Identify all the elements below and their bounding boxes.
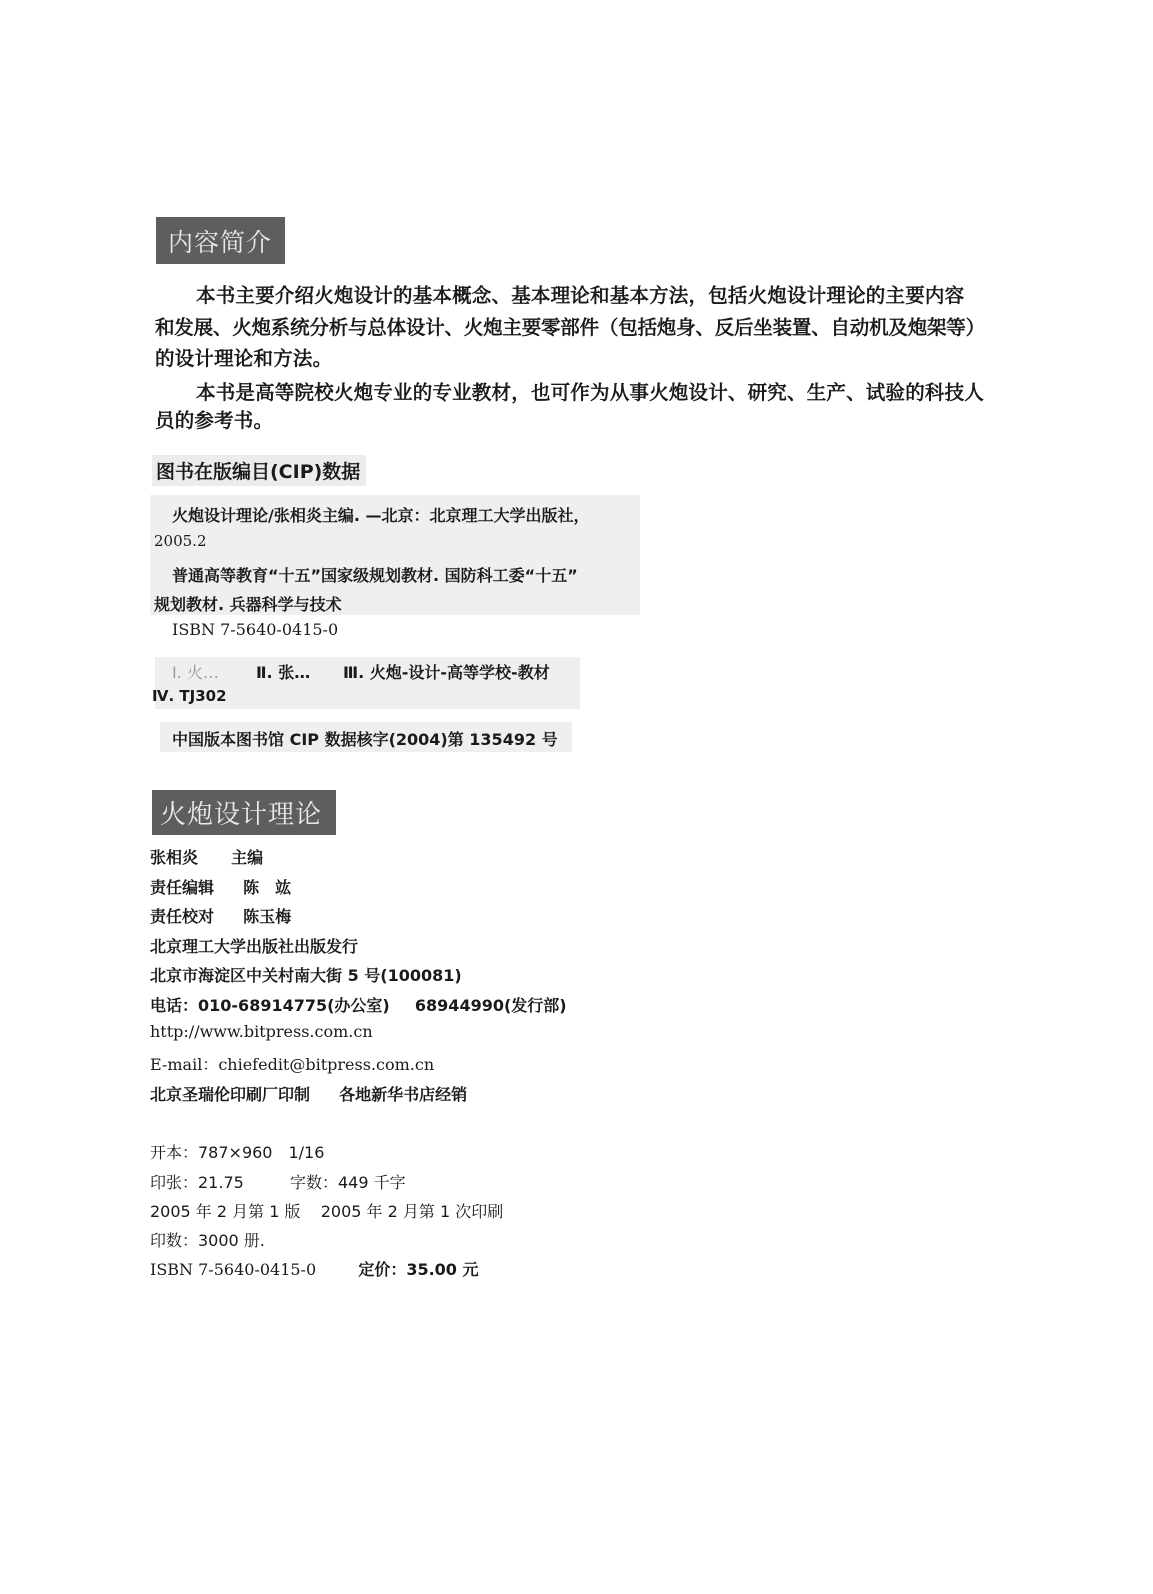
cip-classification-3: Ⅲ. 火炮-设计-高等学校-教材 [343,660,550,683]
phone-label: 电话： [150,996,198,1015]
responsible-editor-label: 责任编辑 [150,878,214,897]
cip-date-line: 2005.2 [154,532,207,550]
publisher-line: 北京理工大学出版社出版发行 [150,934,358,957]
intro-paragraph-2-line-1: 本书是高等院校火炮专业的专业教材，也可作为从事火炮设计、研究、生产、试验的科技人 [196,377,984,405]
editor-line: 张相炎 主编 [150,845,263,868]
price: 定价：35.00 元 [358,1260,478,1279]
proofreader-line: 责任校对 陈玉梅 [150,904,291,927]
print-run-line: 印数：3000 册. [150,1228,265,1251]
address-line: 北京市海淀区中关村南大街 5 号(100081) [150,963,462,986]
proofreader-label: 责任校对 [150,907,214,926]
book-title-box: 火炮设计理论 [152,790,336,835]
cip-isbn: ISBN 7-5640-0415-0 [172,620,338,639]
isbn: ISBN 7-5640-0415-0 [150,1260,316,1279]
cip-classification-4: Ⅳ. TJ302 [152,687,227,705]
cip-title-line: 火炮设计理论/张相炎主编. —北京：北京理工大学出版社， [172,503,590,526]
proofreader-name: 陈玉梅 [243,907,291,926]
intro-paragraph-2-line-2: 员的参考书。 [155,405,273,433]
responsible-editor-line: 责任编辑 陈 竑 [150,875,291,898]
editor-role: 主编 [231,848,263,867]
sheets-wordcount-line: 印张：21.75 字数：449 千字 [150,1170,406,1193]
phone-office: 010-68914775(办公室) [198,996,390,1015]
isbn-price-line: ISBN 7-5640-0415-0 定价：35.00 元 [150,1257,479,1280]
intro-paragraph-1-line-2: 和发展、火炮系统分析与总体设计、火炮主要零部件（包括炮身、反后坐装置、自动机及炮… [155,312,985,340]
email-link[interactable]: E-mail：chiefedit@bitpress.com.cn [150,1052,434,1075]
cip-classification-2: Ⅱ. 张… [256,660,310,683]
edition-line: 2005 年 2 月第 1 版 2005 年 2 月第 1 次印刷 [150,1199,503,1222]
cip-series-line-2: 规划教材. 兵器科学与技术 [154,592,342,615]
word-count: 字数：449 千字 [290,1173,406,1192]
responsible-editor-name: 陈 竑 [243,878,291,897]
cip-series-line-1: 普通高等教育“十五”国家级规划教材. 国防科工委“十五” [172,563,578,586]
phone-line: 电话：010-68914775(办公室) 68944990(发行部) [150,993,567,1016]
cip-number: 中国版本图书馆 CIP 数据核字(2004)第 135492 号 [172,727,558,750]
edition: 2005 年 2 月第 1 版 [150,1202,301,1221]
printing: 2005 年 2 月第 1 次印刷 [321,1202,504,1221]
distributor: 各地新华书店经销 [339,1085,467,1104]
website-link[interactable]: http://www.bitpress.com.cn [150,1022,373,1041]
intro-heading-box: 内容简介 [156,217,285,264]
intro-heading: 内容简介 [168,223,272,259]
cip-heading: 图书在版编目(CIP)数据 [152,455,366,486]
printer: 北京圣瑞伦印刷厂印制 [150,1085,310,1104]
editor-name: 张相炎 [150,848,198,867]
format-line: 开本：787×960 1/16 [150,1140,324,1163]
phone-distribution: 68944990(发行部) [415,996,567,1015]
sheets: 印张：21.75 [150,1173,244,1192]
book-title: 火炮设计理论 [160,794,322,831]
intro-paragraph-1-line-1: 本书主要介绍火炮设计的基本概念、基本理论和基本方法，包括火炮设计理论的主要内容 [196,280,964,308]
cip-classification-1: Ⅰ. 火… [172,660,219,683]
printer-distributor-line: 北京圣瑞伦印刷厂印制 各地新华书店经销 [150,1082,467,1105]
intro-paragraph-1-line-3: 的设计理论和方法。 [155,343,332,371]
